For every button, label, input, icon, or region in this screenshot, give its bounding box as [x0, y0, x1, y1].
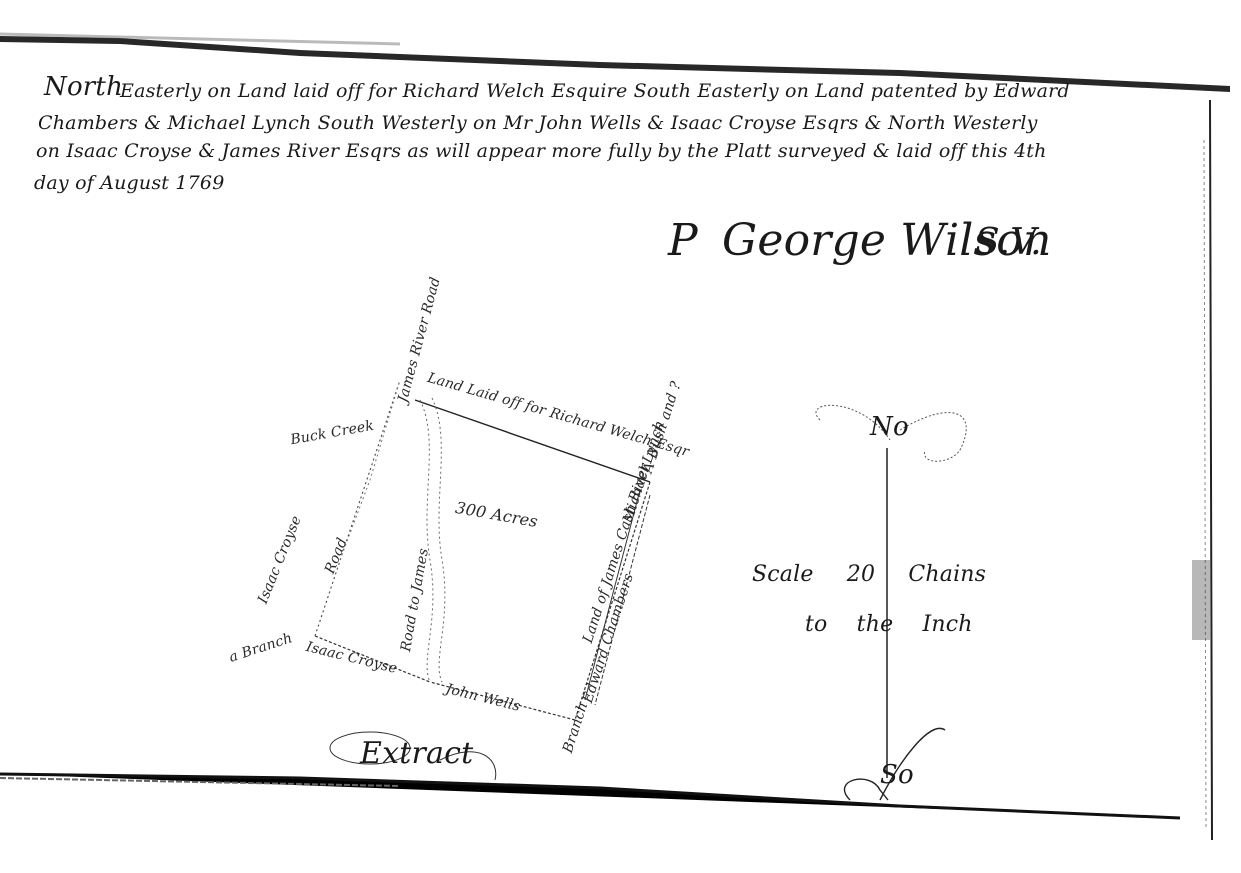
header-initial: North — [44, 72, 123, 102]
scale-line-1: Scale 20 Chains — [752, 562, 986, 587]
surveyor-title: S.V. — [975, 222, 1042, 263]
header-line-1: Easterly on Land laid off for Richard We… — [120, 80, 1070, 102]
header-line-3: on Isaac Croyse & James River Esqrs as w… — [36, 140, 1047, 162]
footer-flourish: Extract — [360, 736, 473, 771]
compass-north: No — [870, 412, 909, 442]
header-line-2: Chambers & Michael Lynch South Westerly … — [38, 112, 1038, 134]
header-line-4: day of August 1769 — [34, 172, 225, 194]
compass-south: So — [880, 760, 914, 790]
document-page: North Easterly on Land laid off for Rich… — [0, 0, 1241, 873]
scale-line-2: to the Inch — [805, 612, 973, 637]
surveyor-signature-prefix: P — [668, 215, 698, 266]
